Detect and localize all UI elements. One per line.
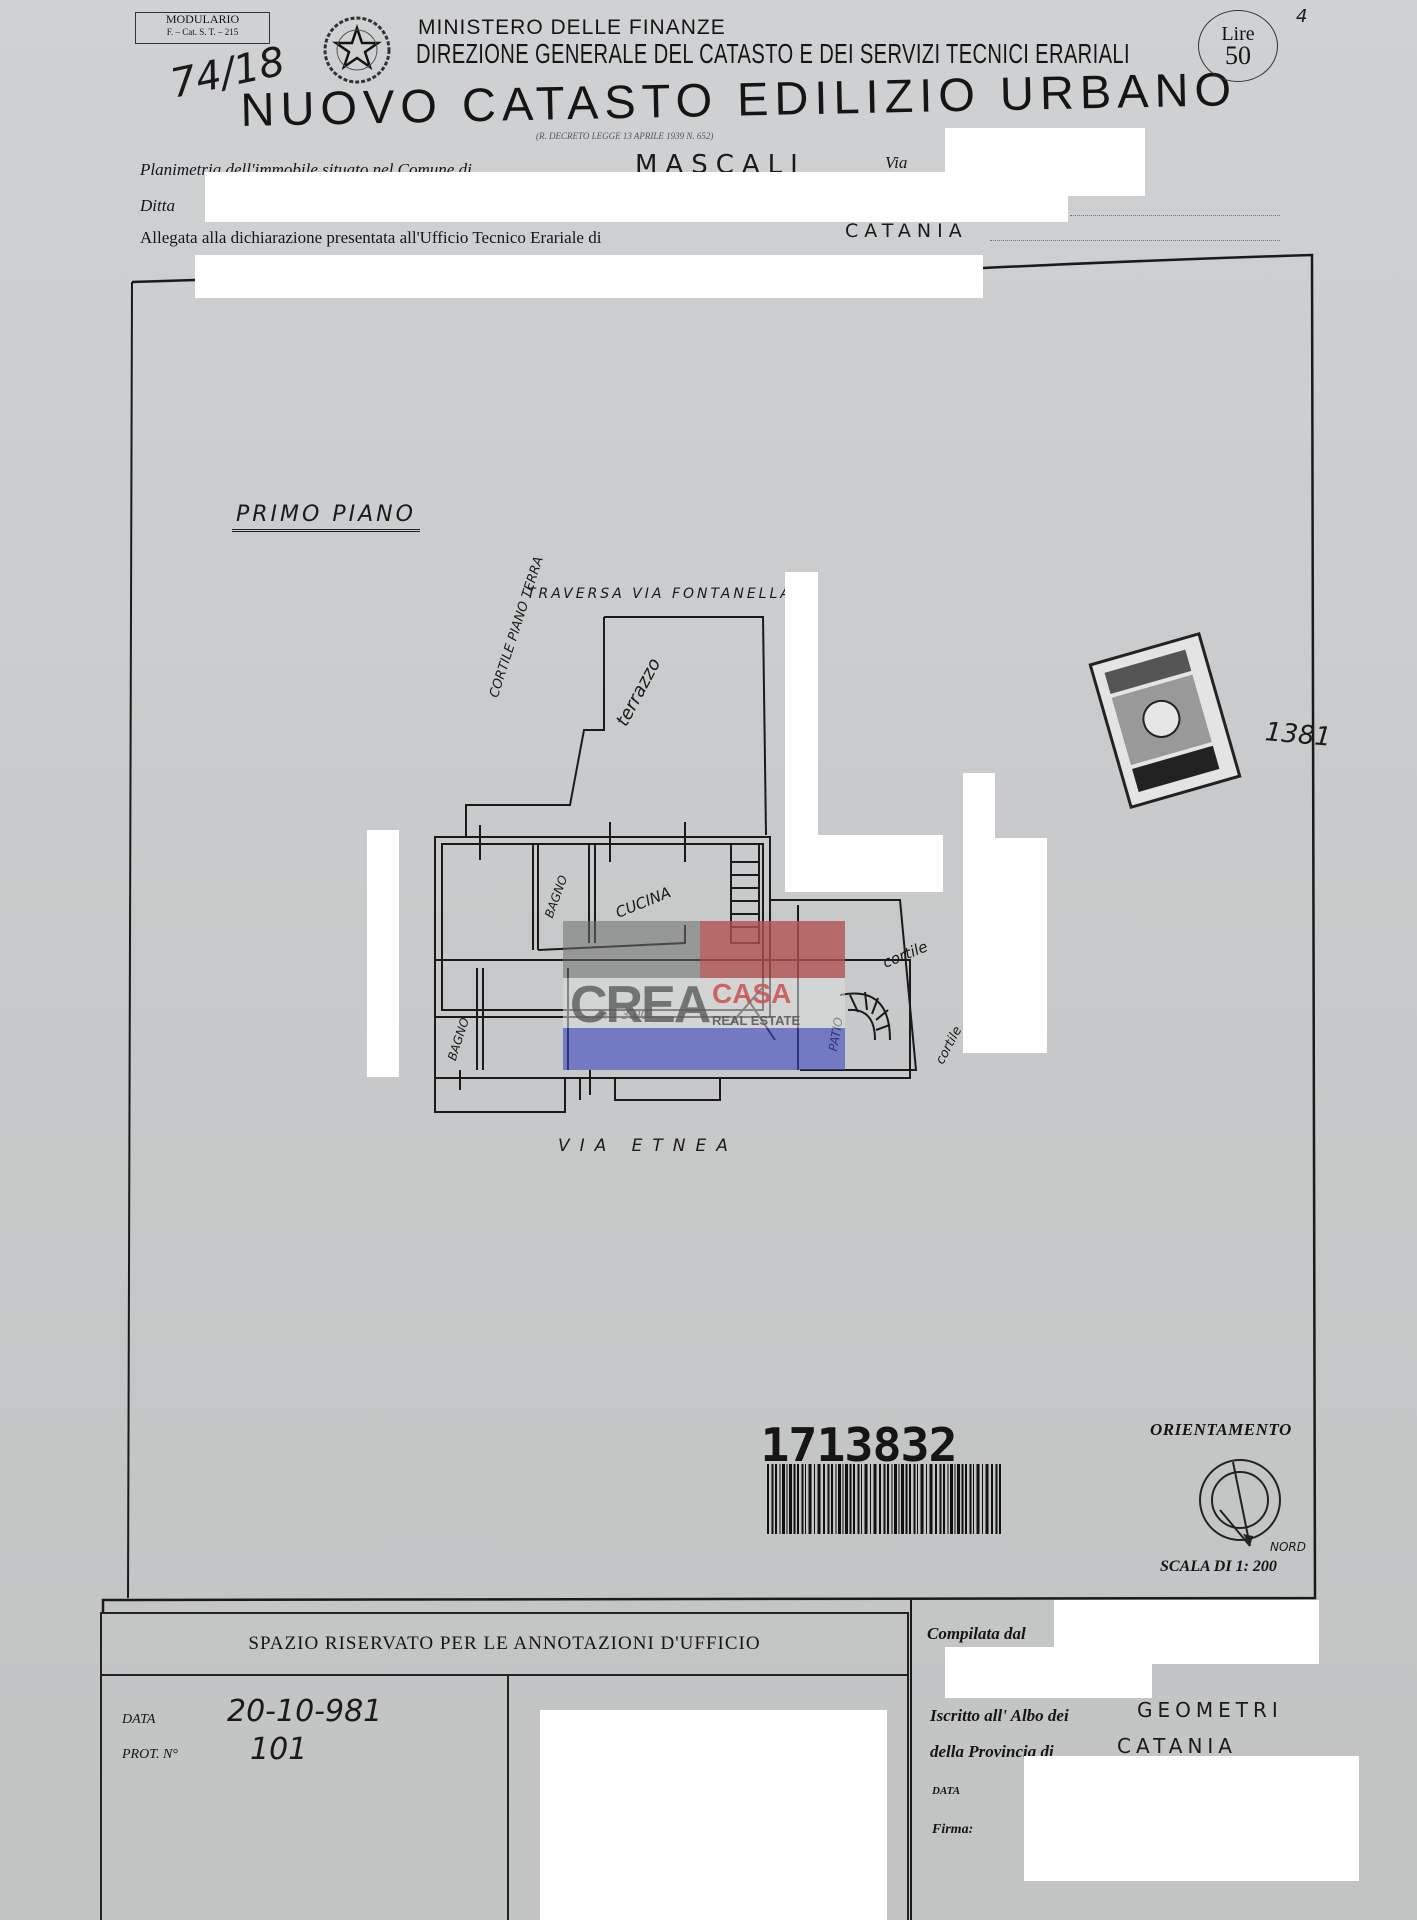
redacted-bar-center xyxy=(785,572,818,892)
north-label: NORD xyxy=(1270,1540,1306,1554)
barcode xyxy=(767,1464,1007,1534)
annotation-date-value: 20-10-981 xyxy=(227,1694,382,1729)
registered-value: GEOMETRI xyxy=(1137,1698,1283,1722)
street-bottom-label: VIA ETNEA xyxy=(558,1136,738,1156)
watermark-tagline: REAL ESTATE xyxy=(712,1013,800,1028)
compiled-by-label: Compilata dal xyxy=(927,1624,1026,1644)
province-value: CATANIA xyxy=(1117,1734,1237,1758)
compiler-date-label: DATA xyxy=(932,1785,960,1797)
north-compass-icon xyxy=(1195,1458,1285,1553)
redacted-compiler-name-2 xyxy=(945,1647,1152,1698)
watermark-blue-band xyxy=(563,1028,845,1070)
annotation-date-label: DATA xyxy=(122,1712,155,1728)
floor-title: PRIMO PIANO xyxy=(232,502,420,532)
registered-label: Iscritto all' Albo dei xyxy=(930,1706,1069,1726)
annotations-divider xyxy=(507,1676,509,1920)
office-annotations-header: SPAZIO RISERVATO PER LE ANNOTAZIONI D'UF… xyxy=(102,1614,907,1676)
redacted-bar-right-wide xyxy=(995,838,1047,1053)
watermark-red-band xyxy=(700,921,845,978)
redacted-bar-right xyxy=(963,773,995,1053)
redacted-annotation xyxy=(540,1710,887,1920)
revenue-stamp-number: 1381 xyxy=(1264,717,1333,753)
redacted-signature xyxy=(1024,1756,1359,1881)
annotation-prot-value: 101 xyxy=(250,1732,307,1767)
watermark-casa: CASA xyxy=(712,978,791,1010)
compiler-block: Compilata dal Iscritto all' Albo dei GEO… xyxy=(910,1600,1372,1920)
redacted-bar-center-foot xyxy=(818,835,943,892)
annotation-prot-label: PROT. N° xyxy=(122,1747,178,1763)
orientation-label: ORIENTAMENTO xyxy=(1150,1420,1292,1440)
scale-label: SCALA DI 1: 200 xyxy=(1160,1558,1277,1576)
signature-label: Firma: xyxy=(932,1822,973,1838)
office-annotations-box: SPAZIO RISERVATO PER LE ANNOTAZIONI D'UF… xyxy=(100,1612,909,1920)
redacted-bar-left xyxy=(367,830,399,1077)
watermark-crea: CREA xyxy=(570,975,709,1035)
